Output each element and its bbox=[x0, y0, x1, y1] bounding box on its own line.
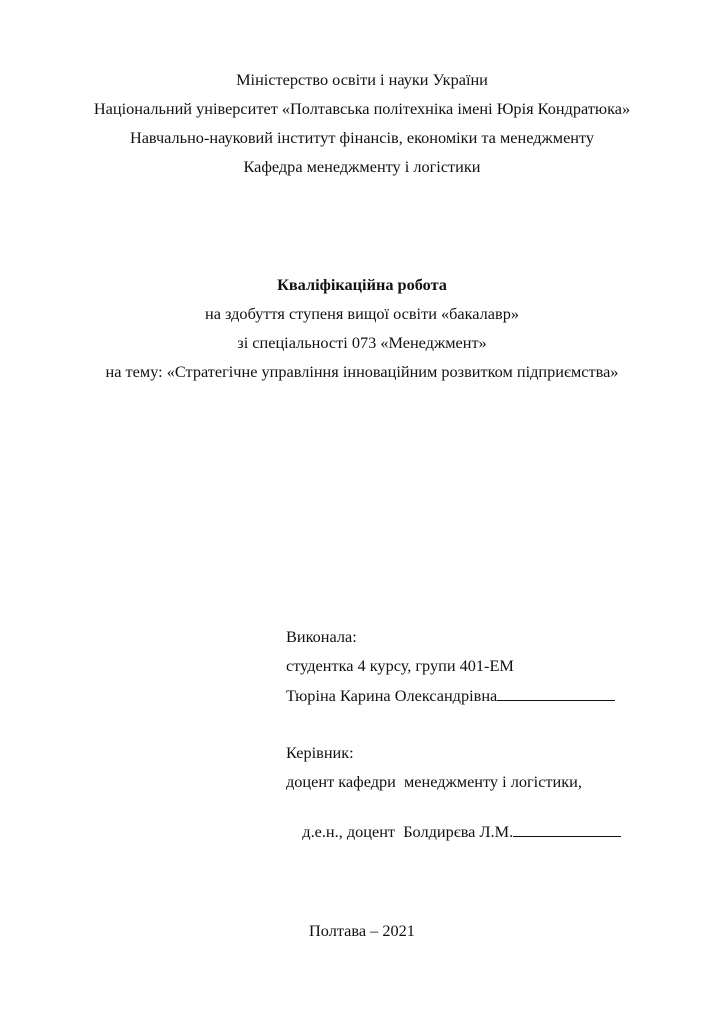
supervisor-signature-line bbox=[513, 821, 621, 837]
author-name: Тюріна Карина Олександрівна bbox=[286, 686, 497, 705]
ministry-line: Міністерство освіти і науки України bbox=[0, 70, 724, 90]
department-line: Кафедра менеджменту і логістики bbox=[0, 157, 724, 177]
author-details: студентка 4 курсу, групи 401-ЕМ bbox=[286, 656, 514, 676]
supervisor-position: доцент кафедри менеджменту і логістики, bbox=[286, 772, 582, 792]
topic-line: на тему: «Стратегічне управління інновац… bbox=[0, 362, 724, 382]
work-title: Кваліфікаційна робота bbox=[0, 275, 724, 295]
university-line: Національний університет «Полтавська пол… bbox=[0, 99, 724, 119]
degree-line: на здобуття ступеня вищої освіти «бакала… bbox=[0, 304, 724, 324]
supervisor-label: Керівник: bbox=[286, 743, 354, 763]
city-year: Полтава – 2021 bbox=[0, 921, 724, 941]
specialty-line: зі спеціальності 073 «Менеджмент» bbox=[0, 333, 724, 353]
author-signature-line bbox=[497, 685, 615, 701]
institute-line: Навчально-науковий інститут фінансів, ек… bbox=[0, 128, 724, 148]
author-label: Виконала: bbox=[286, 627, 357, 647]
supervisor-name-row: д.е.н., доцент Болдирєва Л.М. bbox=[286, 801, 621, 862]
supervisor-name: д.е.н., доцент Болдирєва Л.М. bbox=[302, 822, 513, 841]
author-name-row: Тюріна Карина Олександрівна bbox=[286, 685, 615, 706]
